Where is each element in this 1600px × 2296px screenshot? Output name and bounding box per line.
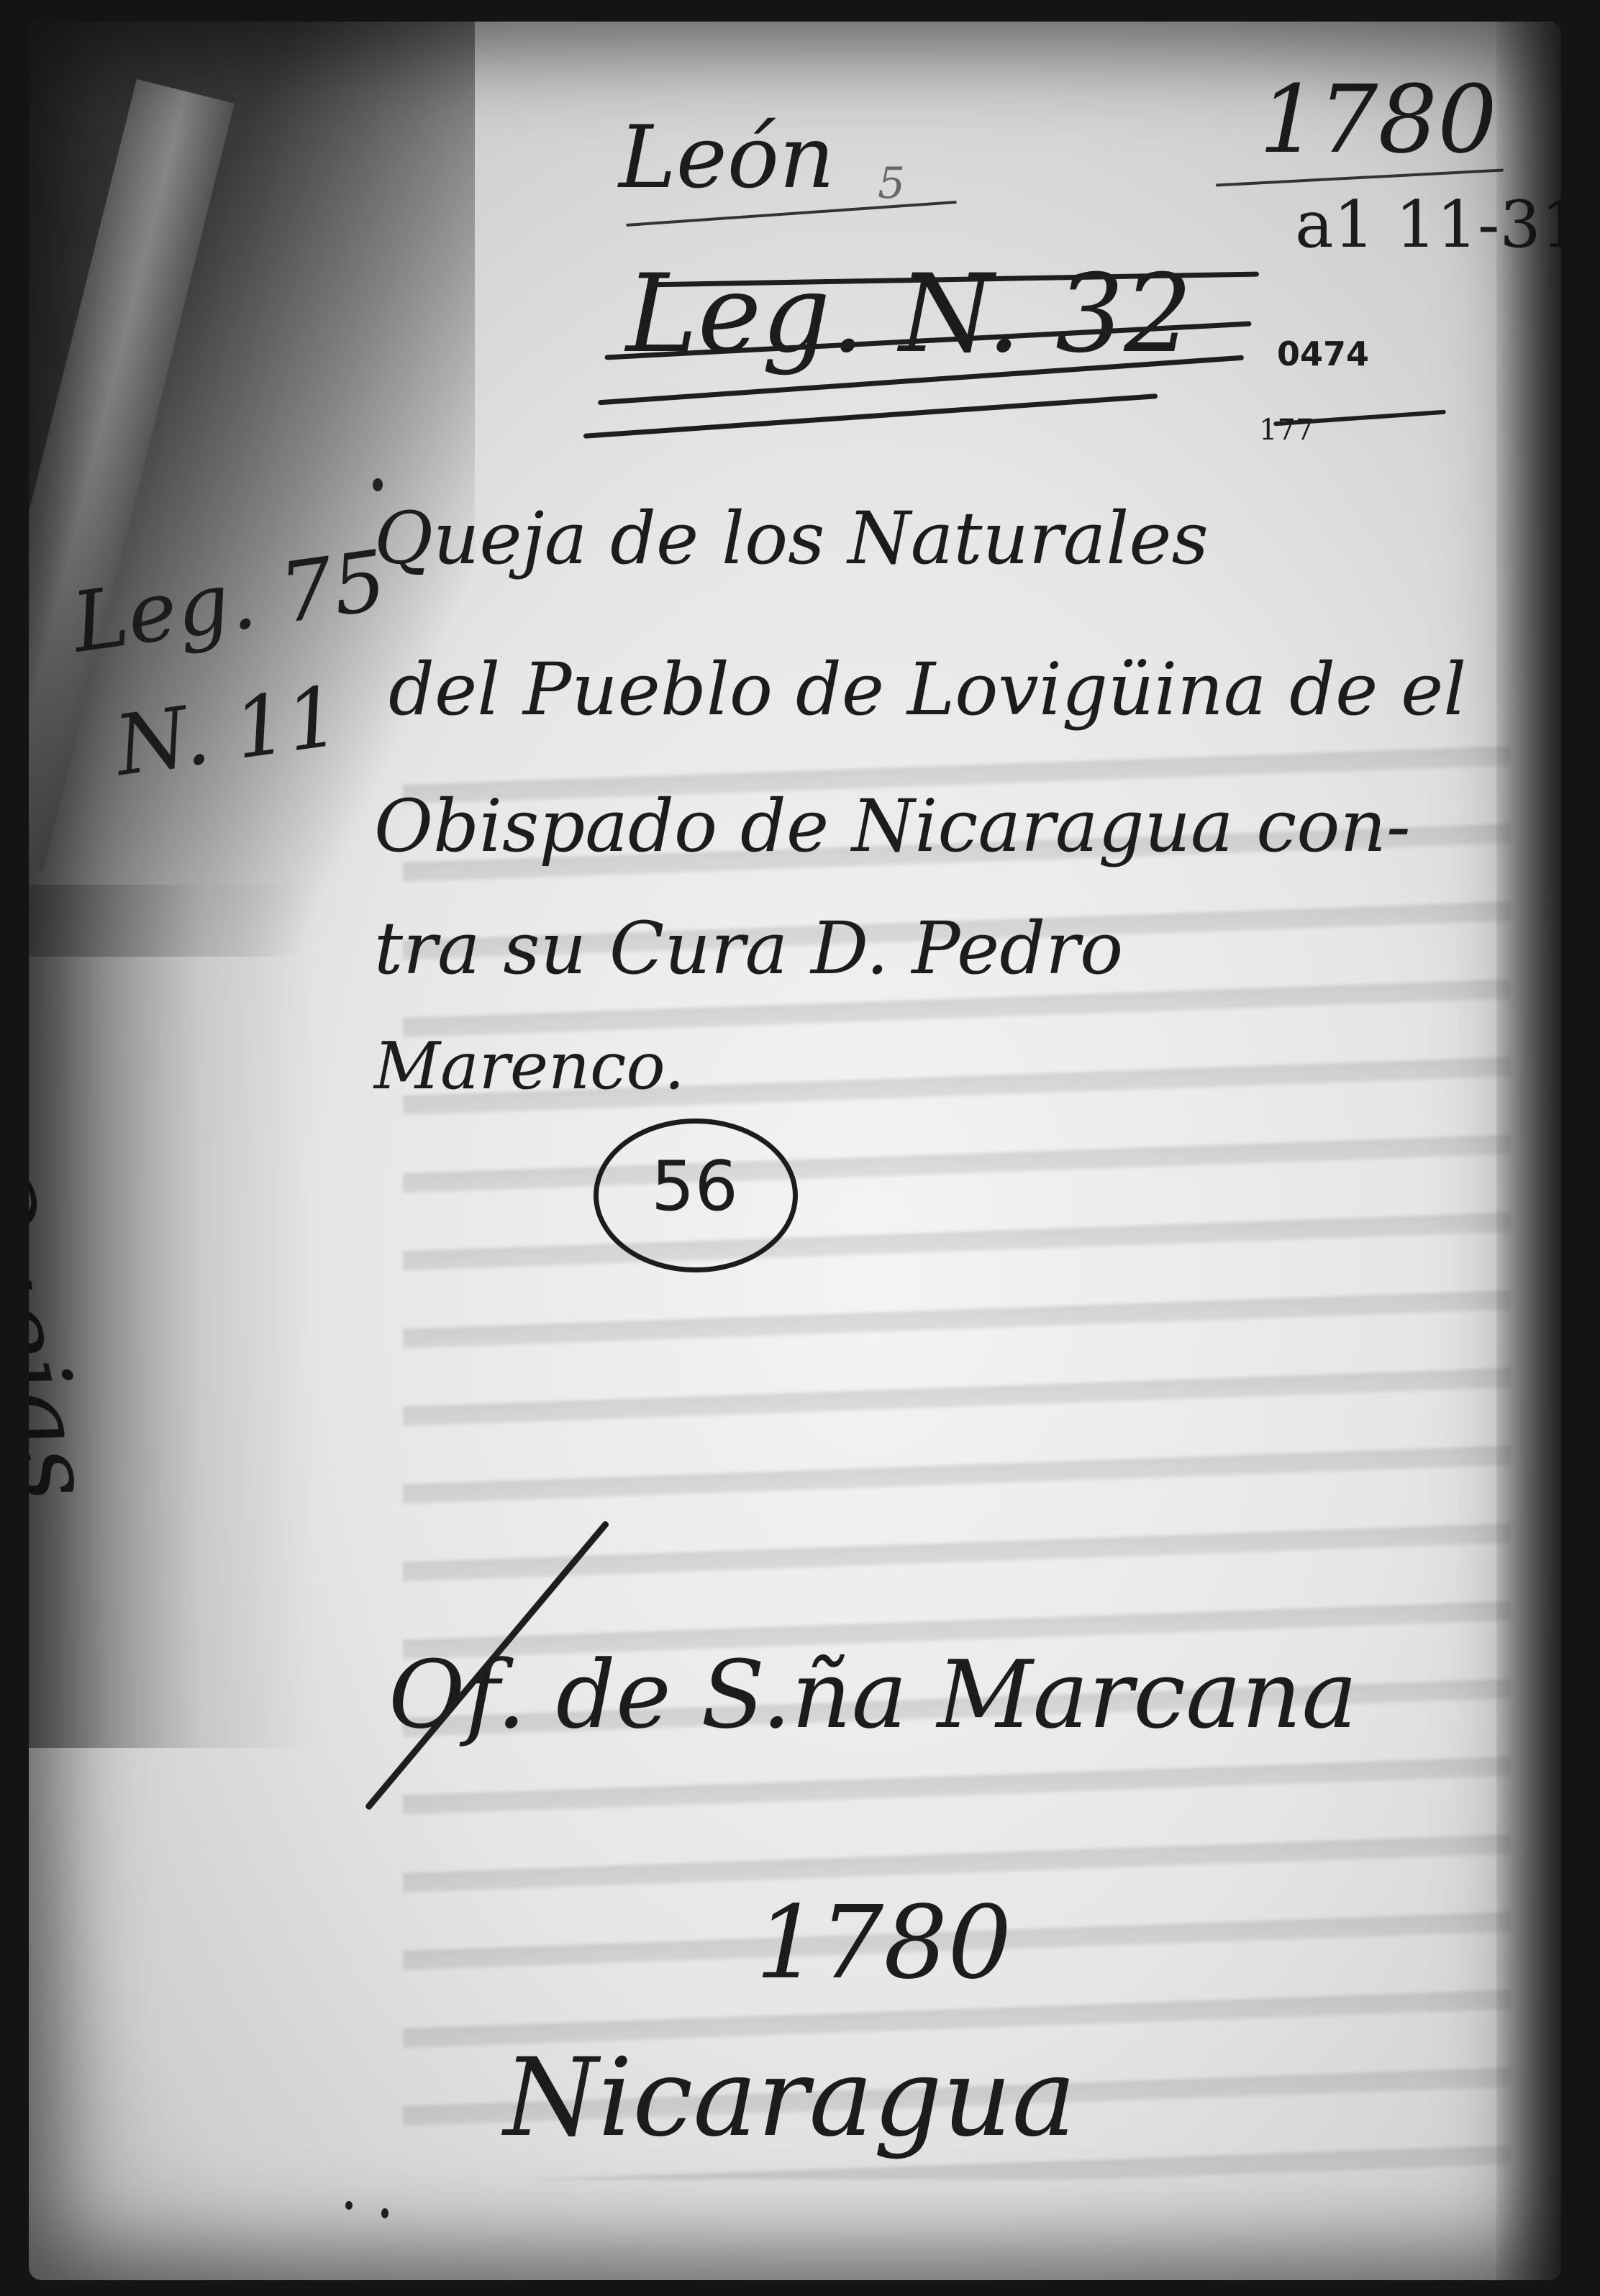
stamped-number: 0474	[1277, 334, 1369, 373]
body-line-2: del Pueblo de Lovigüina de el	[388, 647, 1466, 732]
strike-line-4	[583, 393, 1158, 439]
ink-speck	[381, 2208, 388, 2218]
body-line-4: tra su Cura D. Pedro	[374, 906, 1123, 990]
small-mark: 177	[1259, 414, 1314, 447]
signature: Of. de S.ña Marcana	[388, 1640, 1358, 1749]
circled-number: 56	[651, 1147, 738, 1226]
body-line-1: Queja de los Naturales	[374, 496, 1209, 580]
ink-speck	[345, 2201, 353, 2210]
ink-dot	[373, 478, 383, 491]
heading-subnote: 5	[878, 158, 905, 209]
body-line-3: Obispado de Nicaragua con-	[374, 784, 1411, 868]
top-right-year: 1780	[1259, 65, 1497, 174]
bottom-place: Nicaragua	[504, 2036, 1076, 2161]
body-line-5: Marenco.	[374, 1029, 685, 1104]
struck-reference: Leg. N. 32	[626, 252, 1193, 377]
bottom-year: 1780	[755, 1885, 1012, 2002]
manuscript-page: León 5 1780 a1 11-31 Leg. N. 32 0474 177…	[29, 22, 1561, 2280]
top-right-ref: a1 11-31	[1295, 187, 1561, 263]
heading-leon: León	[619, 108, 835, 208]
